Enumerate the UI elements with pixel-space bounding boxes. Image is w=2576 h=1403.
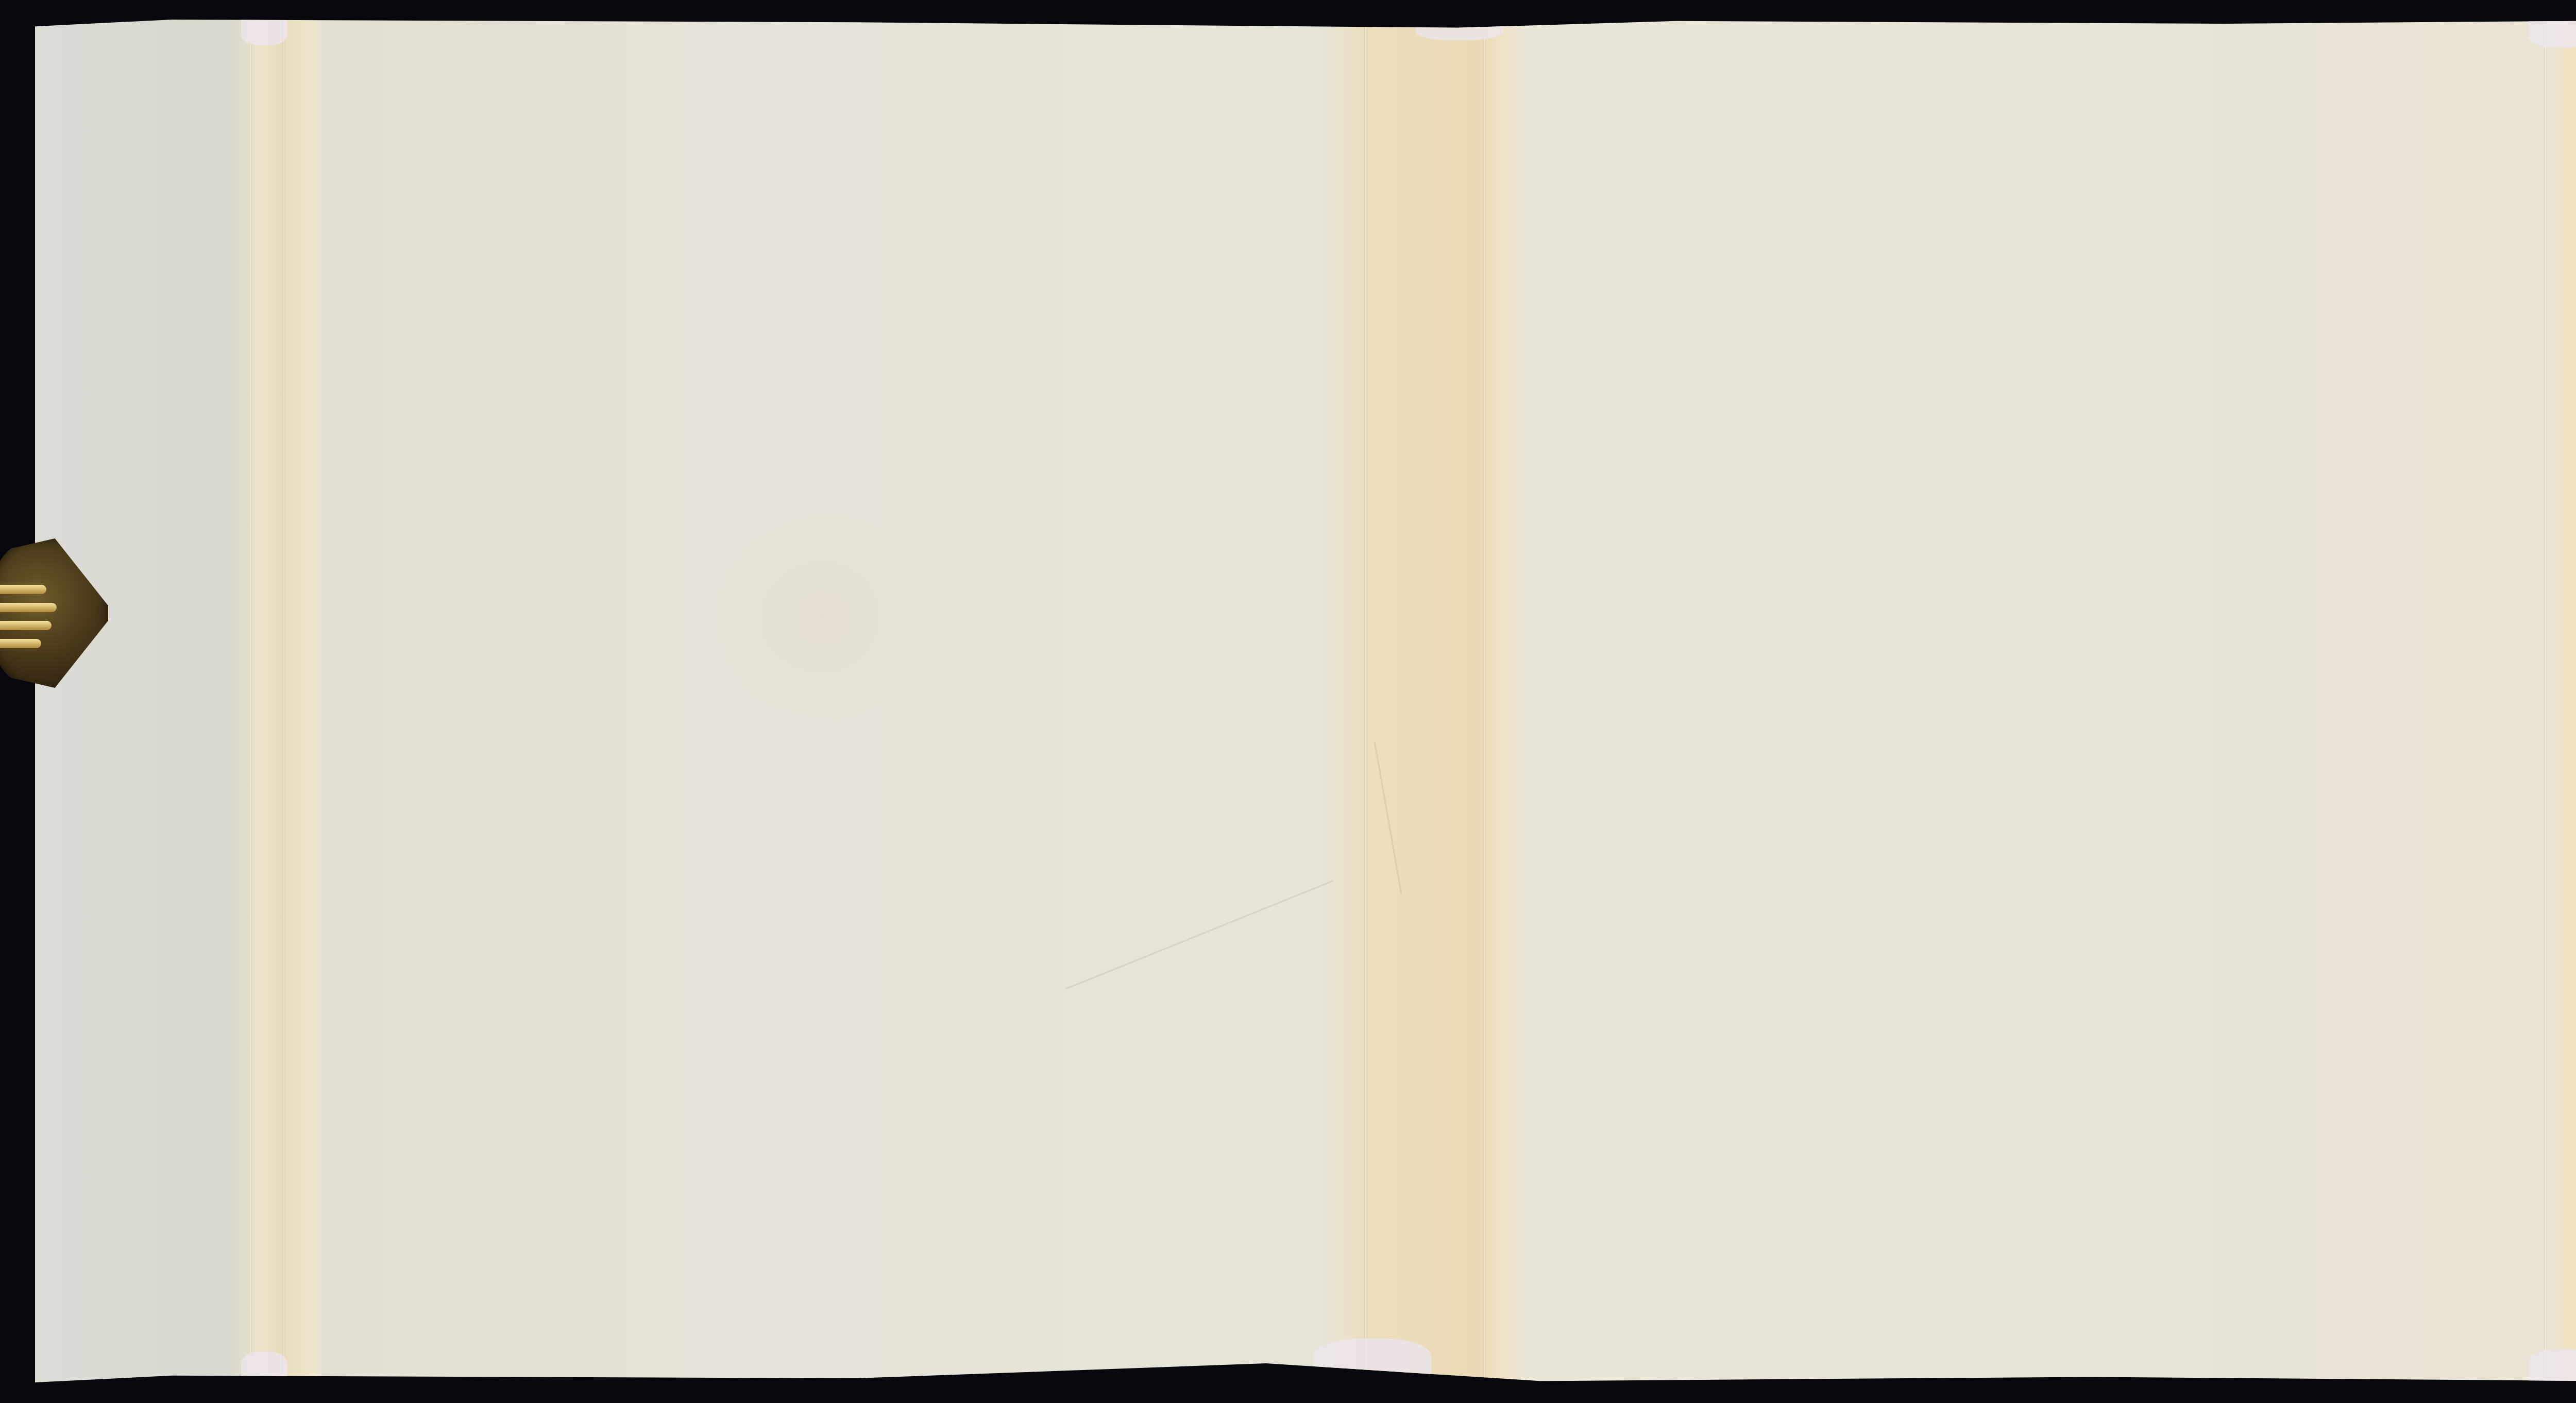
- clip-tine: [0, 639, 41, 648]
- fold-line: [2544, 20, 2547, 1382]
- fold-line: [249, 20, 252, 1382]
- fold-line: [1364, 20, 1367, 1382]
- clip-tine: [0, 621, 52, 630]
- center-fold-line: [1483, 20, 1486, 1382]
- tape-patch: [241, 1351, 287, 1382]
- tape-patch: [241, 20, 287, 45]
- tape-patch: [2529, 20, 2576, 48]
- paper-crease: [1065, 880, 1333, 990]
- paper-sheet: [35, 20, 2576, 1382]
- fold-line: [282, 20, 285, 1382]
- paper-crease: [1374, 741, 1402, 894]
- tape-patch: [1313, 1339, 1431, 1382]
- clip-tine: [0, 585, 46, 594]
- show-through-emblem: [715, 509, 931, 725]
- tape-patch: [1416, 20, 1503, 40]
- clip-tine: [0, 603, 57, 612]
- tape-patch: [2529, 1349, 2576, 1382]
